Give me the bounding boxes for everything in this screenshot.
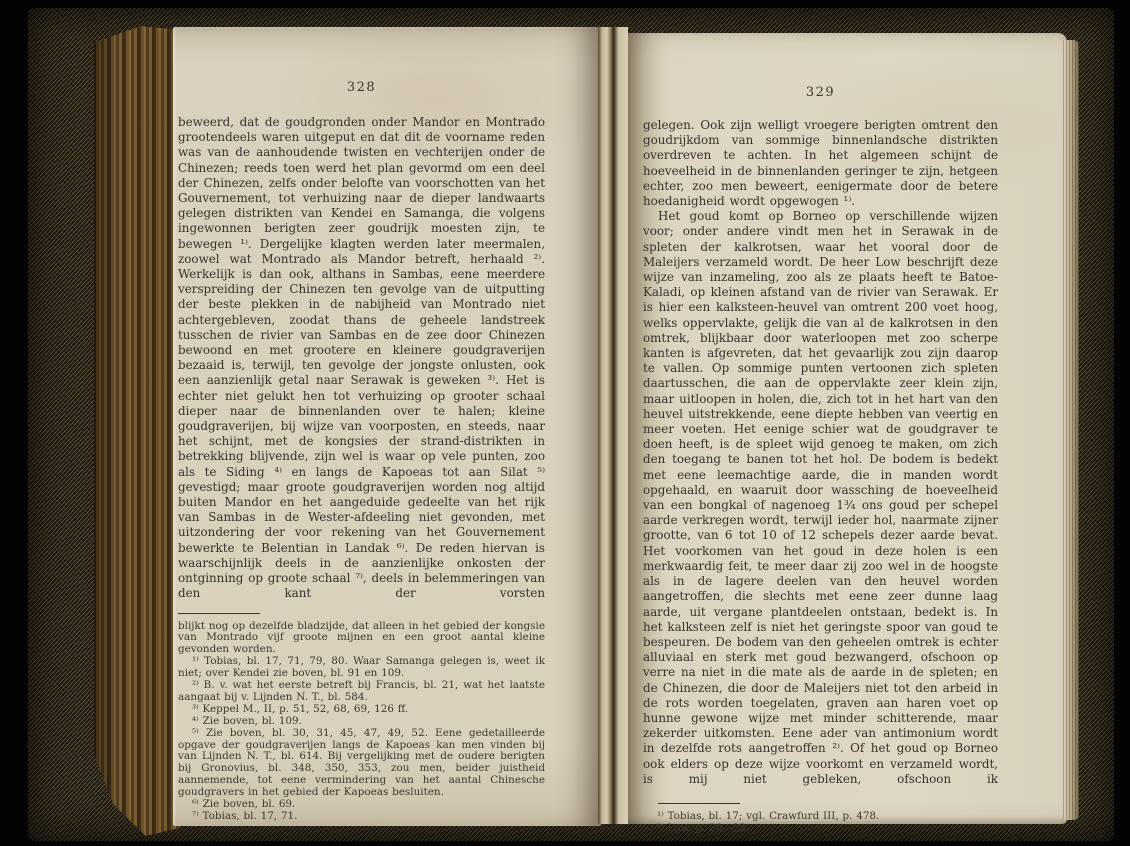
left-page-footnotes: blijkt nog op dezelfde bladzijde, dat al…	[178, 621, 545, 823]
footnote-continuation: blijkt nog op dezelfde bladzijde, dat al…	[178, 621, 545, 657]
right-page-body-text: gelegen. Ook zijn welligt vroegere berig…	[643, 118, 998, 787]
footnote-2: ²⁾ Low, p. 20—22.	[643, 823, 998, 835]
footnote-4: ⁴⁾ Zie boven, bl. 109.	[178, 716, 545, 728]
footnote-separator-rule	[658, 803, 740, 804]
right-page-text-column: 329 gelegen. Ook zijn welligt vroegere b…	[626, 33, 1067, 824]
left-page: 328 beweerd, dat de goudgronden onder Ma…	[173, 27, 602, 826]
right-page-footnotes: ¹⁾ Tobias, bl. 17; vgl. Crawfurd III, p.…	[643, 811, 998, 835]
left-page-number: 328	[178, 27, 545, 95]
footnote-separator-rule	[178, 613, 260, 614]
paragraph-gold-on-borneo: Het goud komt op Borneo op verschillende…	[643, 209, 998, 787]
right-page: 329 gelegen. Ook zijn welligt vroegere b…	[626, 33, 1067, 824]
right-page-number: 329	[643, 33, 998, 100]
left-page-text-column: 328 beweerd, dat de goudgronden onder Ma…	[173, 27, 602, 826]
footnote-1: ¹⁾ Tobias, bl. 17, 71, 79, 80. Waar Sama…	[178, 656, 545, 680]
book-photograph: 328 beweerd, dat de goudgronden onder Ma…	[0, 0, 1130, 846]
footnote-3: ³⁾ Keppel M., II, p. 51, 52, 68, 69, 126…	[178, 704, 545, 716]
fanned-page-edges-left	[94, 26, 180, 836]
left-page-body-text: beweerd, dat de goudgronden onder Mandor…	[178, 115, 545, 602]
footnote-5: ⁵⁾ Zie boven, bl. 30, 31, 45, 47, 49, 52…	[178, 728, 545, 799]
paragraph-continuation: gelegen. Ook zijn welligt vroegere berig…	[643, 118, 998, 209]
footnote-2: ²⁾ B. v. wat het eerste betreft bij Fran…	[178, 680, 545, 704]
footnote-7: ⁷⁾ Tobias, bl. 17, 71.	[178, 811, 545, 823]
